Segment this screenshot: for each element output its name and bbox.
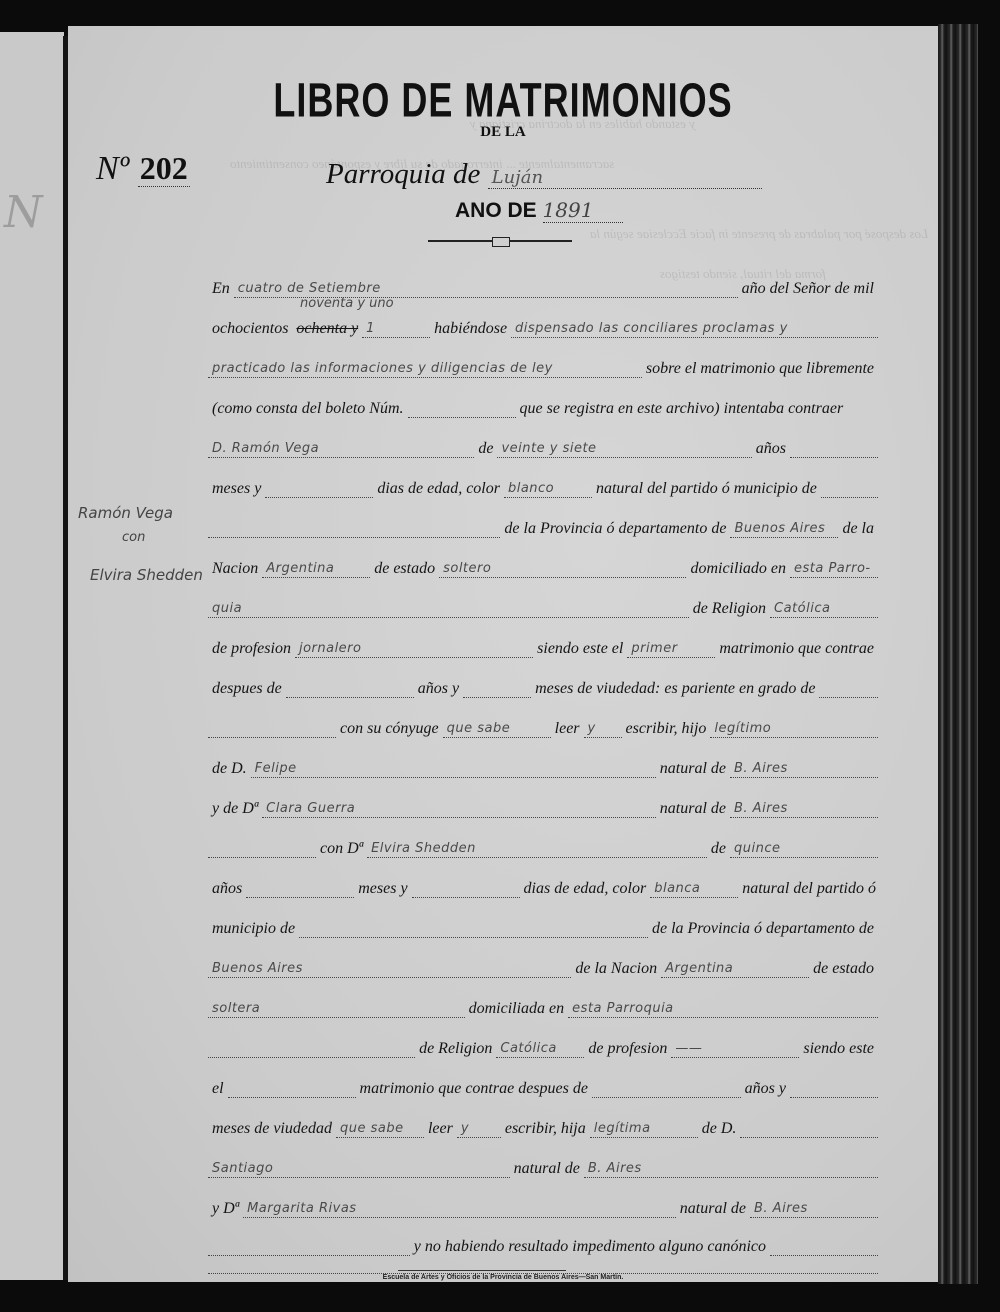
bride-color-field: blanca — [650, 881, 738, 898]
kinship-degree-field — [819, 696, 878, 698]
form-line-boleto: (como consta del boleto Núm. que se regi… — [208, 392, 878, 418]
label: siendo este — [799, 1040, 878, 1058]
label: despues de — [208, 680, 286, 698]
bride-father-prefix-field — [740, 1136, 878, 1138]
label: natural de — [676, 1200, 750, 1218]
groom-legitimacy-field: legítimo — [710, 721, 878, 738]
label: de la — [838, 520, 878, 538]
form-line-informations: practicado las informaciones y diligenci… — [208, 352, 878, 378]
bride-municipality-field — [299, 936, 648, 938]
label: meses y — [208, 480, 265, 498]
label: años — [752, 440, 790, 458]
label: habiéndose — [430, 320, 511, 338]
label: años y — [414, 680, 463, 698]
ornamental-rule — [428, 240, 572, 242]
form-line-bride-marriage-order: el matrimonio que contrae despues de año… — [208, 1072, 878, 1098]
form-line-year-dispensation: ochocientos ochenta y 1 habiéndose dispe… — [208, 312, 878, 338]
parish: Parroquia de Luján — [326, 158, 762, 191]
year-value: 1891 — [543, 198, 623, 223]
bride-days-field — [412, 896, 520, 898]
label: domiciliada en — [465, 1000, 569, 1018]
left-page: N — [0, 32, 64, 1280]
label: año del Señor de mil — [738, 280, 878, 298]
label: de Religion — [415, 1040, 496, 1058]
label: natural de — [510, 1160, 584, 1178]
form-line-impediment: y no habiendo resultado impedimento algu… — [208, 1230, 878, 1256]
label: y de Dª — [208, 800, 262, 818]
year-suffix-field: 1 — [362, 321, 430, 338]
label: que se registra en este archivo) intenta… — [516, 400, 848, 418]
groom-domicile-cont-field: quia — [208, 601, 689, 618]
margin-note-bride: Elvira Shedden — [90, 566, 203, 584]
parish-label: Parroquia de — [326, 158, 480, 190]
label: meses de viudedad — [208, 1120, 336, 1138]
entry-number-label: Nº — [96, 150, 129, 187]
bride-domicile-cont-field — [208, 1056, 415, 1058]
bride-months-field — [246, 896, 354, 898]
label: de la Nacion — [571, 960, 661, 978]
label: siendo este el — [533, 640, 627, 658]
bride-domicile-field: esta Parroquia — [568, 1001, 878, 1018]
bride-religion-field: Católica — [496, 1041, 584, 1058]
dispensation-field: dispensado las conciliares proclamas y — [511, 321, 878, 338]
groom-name-field: D. Ramón Vega — [208, 441, 474, 458]
groom-mother-field: Clara Guerra — [262, 801, 656, 818]
label: Nacion — [208, 560, 262, 578]
label: de — [474, 440, 497, 458]
bride-province-field: Buenos Aires — [208, 961, 571, 978]
bride-name-field: Elvira Shedden — [367, 841, 707, 858]
groom-nation-field: Argentina — [262, 561, 370, 578]
form-line-groom-literacy: con su cónyuge que sabe leer y escribir,… — [208, 712, 878, 738]
date-field: cuatro de Setiembre — [234, 281, 738, 298]
bride-profession-field: —— — [671, 1041, 799, 1058]
form-line-groom-father: de D. Felipe natural de B. Aires — [208, 752, 878, 778]
label: ochocientos — [208, 320, 292, 338]
bride-literacy-and-field: y — [457, 1121, 501, 1138]
year: ANO DE 1891 — [455, 198, 623, 223]
bride-mother-field: Margarita Rivas — [243, 1201, 676, 1218]
label: meses y — [354, 880, 411, 898]
book-subtitle: DE LA — [68, 124, 938, 141]
label: domiciliado en — [686, 560, 790, 578]
bleed-through-text: Los desposé por palabras de presente in … — [590, 226, 928, 242]
bride-widow-years-field — [592, 1096, 741, 1098]
handwritten-superscript: noventa y uno — [300, 296, 394, 311]
groom-religion-field: Católica — [770, 601, 878, 618]
label: escribir, hijo — [622, 720, 711, 738]
groom-domicile-field: esta Parro- — [790, 561, 878, 578]
form-line-bride-father: Santiago natural de B. Aires — [208, 1152, 878, 1178]
label: de profesion — [584, 1040, 671, 1058]
form-line-groom-nation: Nacion Argentina de estado soltero domic… — [208, 552, 878, 578]
page-edges — [938, 24, 978, 1284]
left-page-ghost-mark: N — [4, 187, 43, 238]
year-label: ANO DE — [455, 199, 537, 222]
label: de D. — [698, 1120, 741, 1138]
form-line-groom-profession: de profesion jornalero siendo este el pr… — [208, 632, 878, 658]
form-line-groom-religion: quia de Religion Católica — [208, 592, 878, 618]
bride-prefix-field — [208, 856, 316, 858]
groom-literacy-field: que sabe — [443, 721, 551, 738]
label: dias de edad, color — [373, 480, 504, 498]
form-line-date: En cuatro de Setiembre año del Señor de … — [208, 272, 878, 298]
boleto-number-field — [408, 416, 516, 418]
parish-value: Luján — [488, 167, 762, 189]
label: de profesion — [208, 640, 295, 658]
label: y Dª — [208, 1200, 243, 1218]
form-line-bride-literacy: meses de viudedad que sabe leer y escrib… — [208, 1112, 878, 1138]
label: de la Provincia ó departamento de — [648, 920, 878, 938]
form-line-groom-mother: y de Dª Clara Guerra natural de B. Aires — [208, 792, 878, 818]
struck-text: ochenta y — [292, 320, 362, 338]
impediment-suffix-field — [770, 1254, 878, 1256]
label: matrimonio que contrae despues de — [356, 1080, 592, 1098]
label: años — [208, 880, 246, 898]
bride-father-origin-field: B. Aires — [584, 1161, 878, 1178]
form-line-groom-province: de la Provincia ó departamento de Buenos… — [208, 512, 878, 538]
book-title: LIBRO DE MATRIMONIOS — [68, 72, 938, 129]
label: En — [208, 280, 234, 298]
form-line-bride-municipality: municipio de de la Provincia ó departame… — [208, 912, 878, 938]
form-line-groom-age: meses y dias de edad, color blanco natur… — [208, 472, 878, 498]
margin-note-groom: Ramón Vega — [78, 504, 173, 522]
form-line-bride-mother: y Dª Margarita Rivas natural de B. Aires — [208, 1192, 878, 1218]
form-line-groom-name: D. Ramón Vega de veinte y siete años — [208, 432, 878, 458]
groom-municipality-field — [821, 496, 878, 498]
groom-profession-field: jornalero — [295, 641, 533, 658]
groom-widow-years-field — [286, 696, 414, 698]
label: natural del partido ó — [738, 880, 880, 898]
bride-mother-origin-field: B. Aires — [750, 1201, 878, 1218]
label: el — [208, 1080, 228, 1098]
bride-nation-field: Argentina — [661, 961, 809, 978]
impediment-prefix-field — [208, 1254, 410, 1256]
groom-partido-field — [208, 536, 500, 538]
printer-imprint: Escuela de Artes y Oficios de la Provinc… — [68, 1274, 938, 1281]
label: años y — [741, 1080, 790, 1098]
groom-months-field — [265, 496, 373, 498]
label: natural de — [656, 800, 730, 818]
groom-civil-status-field: soltero — [439, 561, 686, 578]
bride-literacy-field: que sabe — [336, 1121, 424, 1138]
bride-civil-status-field: soltera — [208, 1001, 465, 1018]
bride-father-field: Santiago — [208, 1161, 510, 1178]
groom-father-field: Felipe — [251, 761, 656, 778]
groom-widow-months-field — [463, 696, 531, 698]
label: escribir, hija — [501, 1120, 590, 1138]
bride-age-years-field: quince — [730, 841, 878, 858]
groom-color-field: blanco — [504, 481, 592, 498]
form-line-groom-widowhood: despues de años y meses de viudedad: es … — [208, 672, 878, 698]
groom-father-origin-field: B. Aires — [730, 761, 878, 778]
label: de Religion — [689, 600, 770, 618]
label: con Dª — [316, 840, 367, 858]
margin-note-con: con — [122, 530, 145, 545]
informations-field: practicado las informaciones y diligenci… — [208, 361, 642, 378]
form-line-bride-province: Buenos Aires de la Nacion Argentina de e… — [208, 952, 878, 978]
label: leer — [551, 720, 584, 738]
bride-legitimacy-field: legítima — [590, 1121, 698, 1138]
label: con su cónyuge — [336, 720, 443, 738]
label: meses de viudedad: es pariente en grado … — [531, 680, 819, 698]
groom-mother-origin-field: B. Aires — [730, 801, 878, 818]
label: (como consta del boleto Núm. — [208, 400, 408, 418]
entry-number-value: 202 — [138, 150, 190, 187]
form-line-bride-status: soltera domiciliada en esta Parroquia — [208, 992, 878, 1018]
groom-province-field: Buenos Aires — [730, 521, 838, 538]
bride-widow-months-field — [790, 1096, 878, 1098]
label: y no habiendo resultado impedimento algu… — [410, 1238, 770, 1256]
form-line-bride-religion: de Religion Católica de profesion —— sie… — [208, 1032, 878, 1058]
label: de D. — [208, 760, 251, 778]
footer-rule — [398, 1270, 566, 1271]
label: sobre el matrimonio que libremente — [642, 360, 878, 378]
label: de la Provincia ó departamento de — [500, 520, 730, 538]
label: leer — [424, 1120, 457, 1138]
bride-marriage-order-field — [228, 1096, 356, 1098]
label: municipio de — [208, 920, 299, 938]
form-line-bride-age: años meses y dias de edad, color blanca … — [208, 872, 878, 898]
label: natural de — [656, 760, 730, 778]
form-line-blank — [208, 1262, 878, 1274]
label: de estado — [370, 560, 439, 578]
groom-extra-field — [790, 456, 878, 458]
label: de estado — [809, 960, 878, 978]
label: dias de edad, color — [520, 880, 651, 898]
kinship-cont-field — [208, 736, 336, 738]
label: natural del partido ó municipio de — [592, 480, 821, 498]
label: de — [707, 840, 730, 858]
label: matrimonio que contrae — [715, 640, 878, 658]
form-line-bride-name: con Dª Elvira Shedden de quince — [208, 832, 878, 858]
groom-age-years-field: veinte y siete — [497, 441, 751, 458]
groom-marriage-order-field: primer — [627, 641, 715, 658]
entry-number: Nº 202 — [96, 150, 190, 188]
groom-literacy-and-field: y — [584, 721, 622, 738]
